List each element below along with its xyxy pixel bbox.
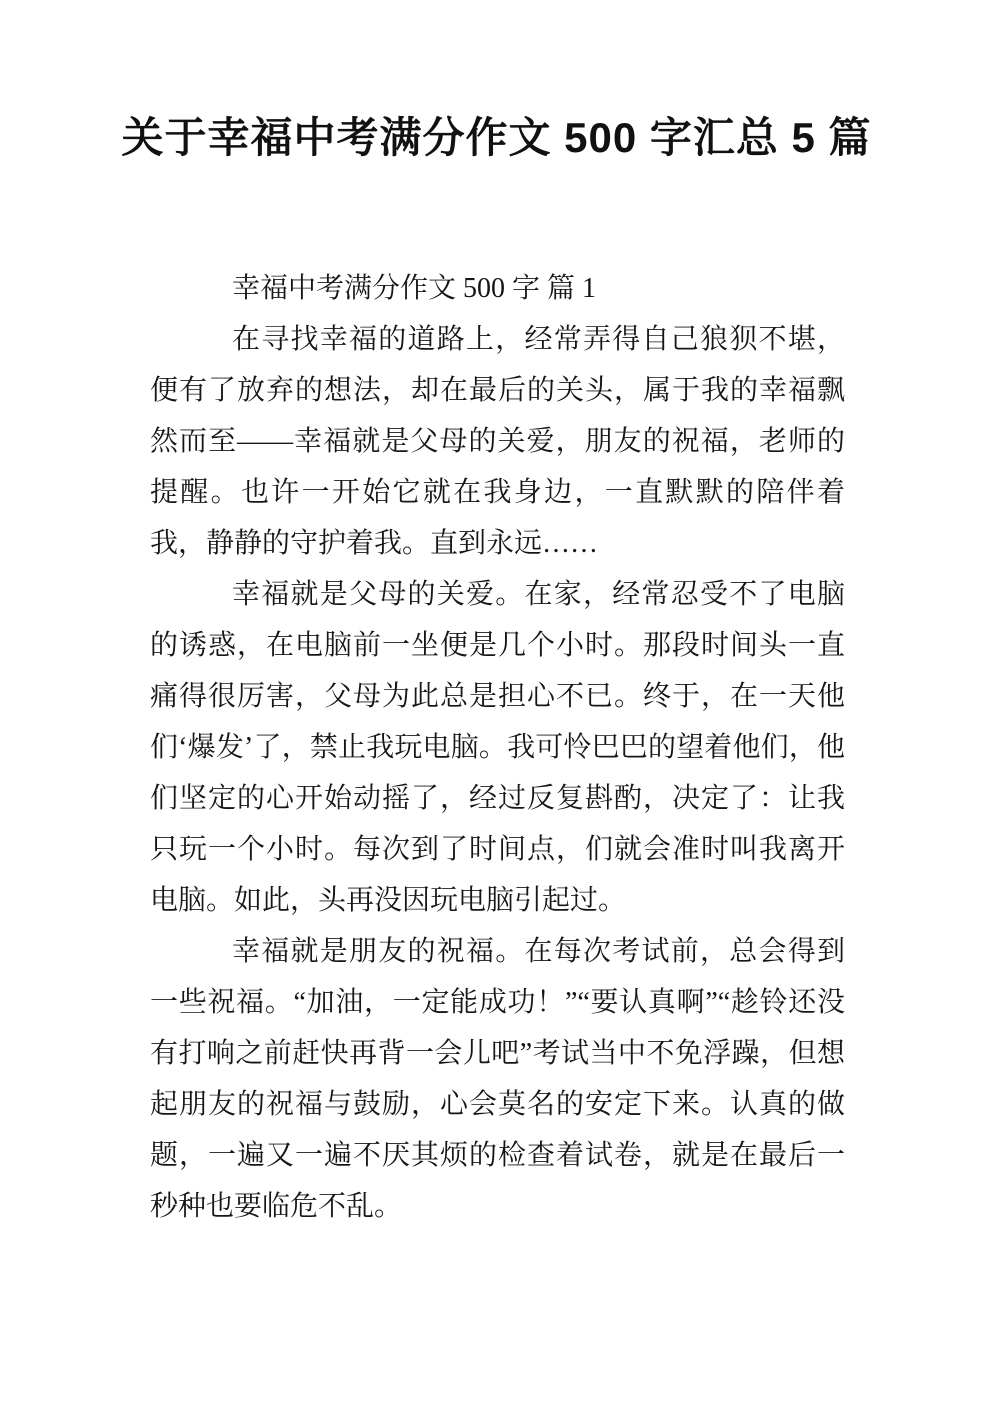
document-title: 关于幸福中考满分作文 500 字汇总 5 篇	[0, 112, 993, 164]
document-body: 幸福中考满分作文 500 字 篇 1 在寻找幸福的道路上，经常弄得自己狼狈不堪，…	[150, 263, 845, 1232]
paragraph-3: 幸福就是朋友的祝福。在每次考试前，总会得到一些祝福。“加油，一定能成功！”“要认…	[150, 926, 845, 1232]
document-page: 关于幸福中考满分作文 500 字汇总 5 篇 幸福中考满分作文 500 字 篇 …	[0, 0, 993, 1404]
paragraph-2: 幸福就是父母的关爱。在家，经常忍受不了电脑的诱惑，在电脑前一坐便是几个小时。那段…	[150, 569, 845, 926]
section-heading: 幸福中考满分作文 500 字 篇 1	[150, 263, 845, 314]
paragraph-1: 在寻找幸福的道路上，经常弄得自己狼狈不堪，便有了放弃的想法，却在最后的关头，属于…	[150, 314, 845, 569]
